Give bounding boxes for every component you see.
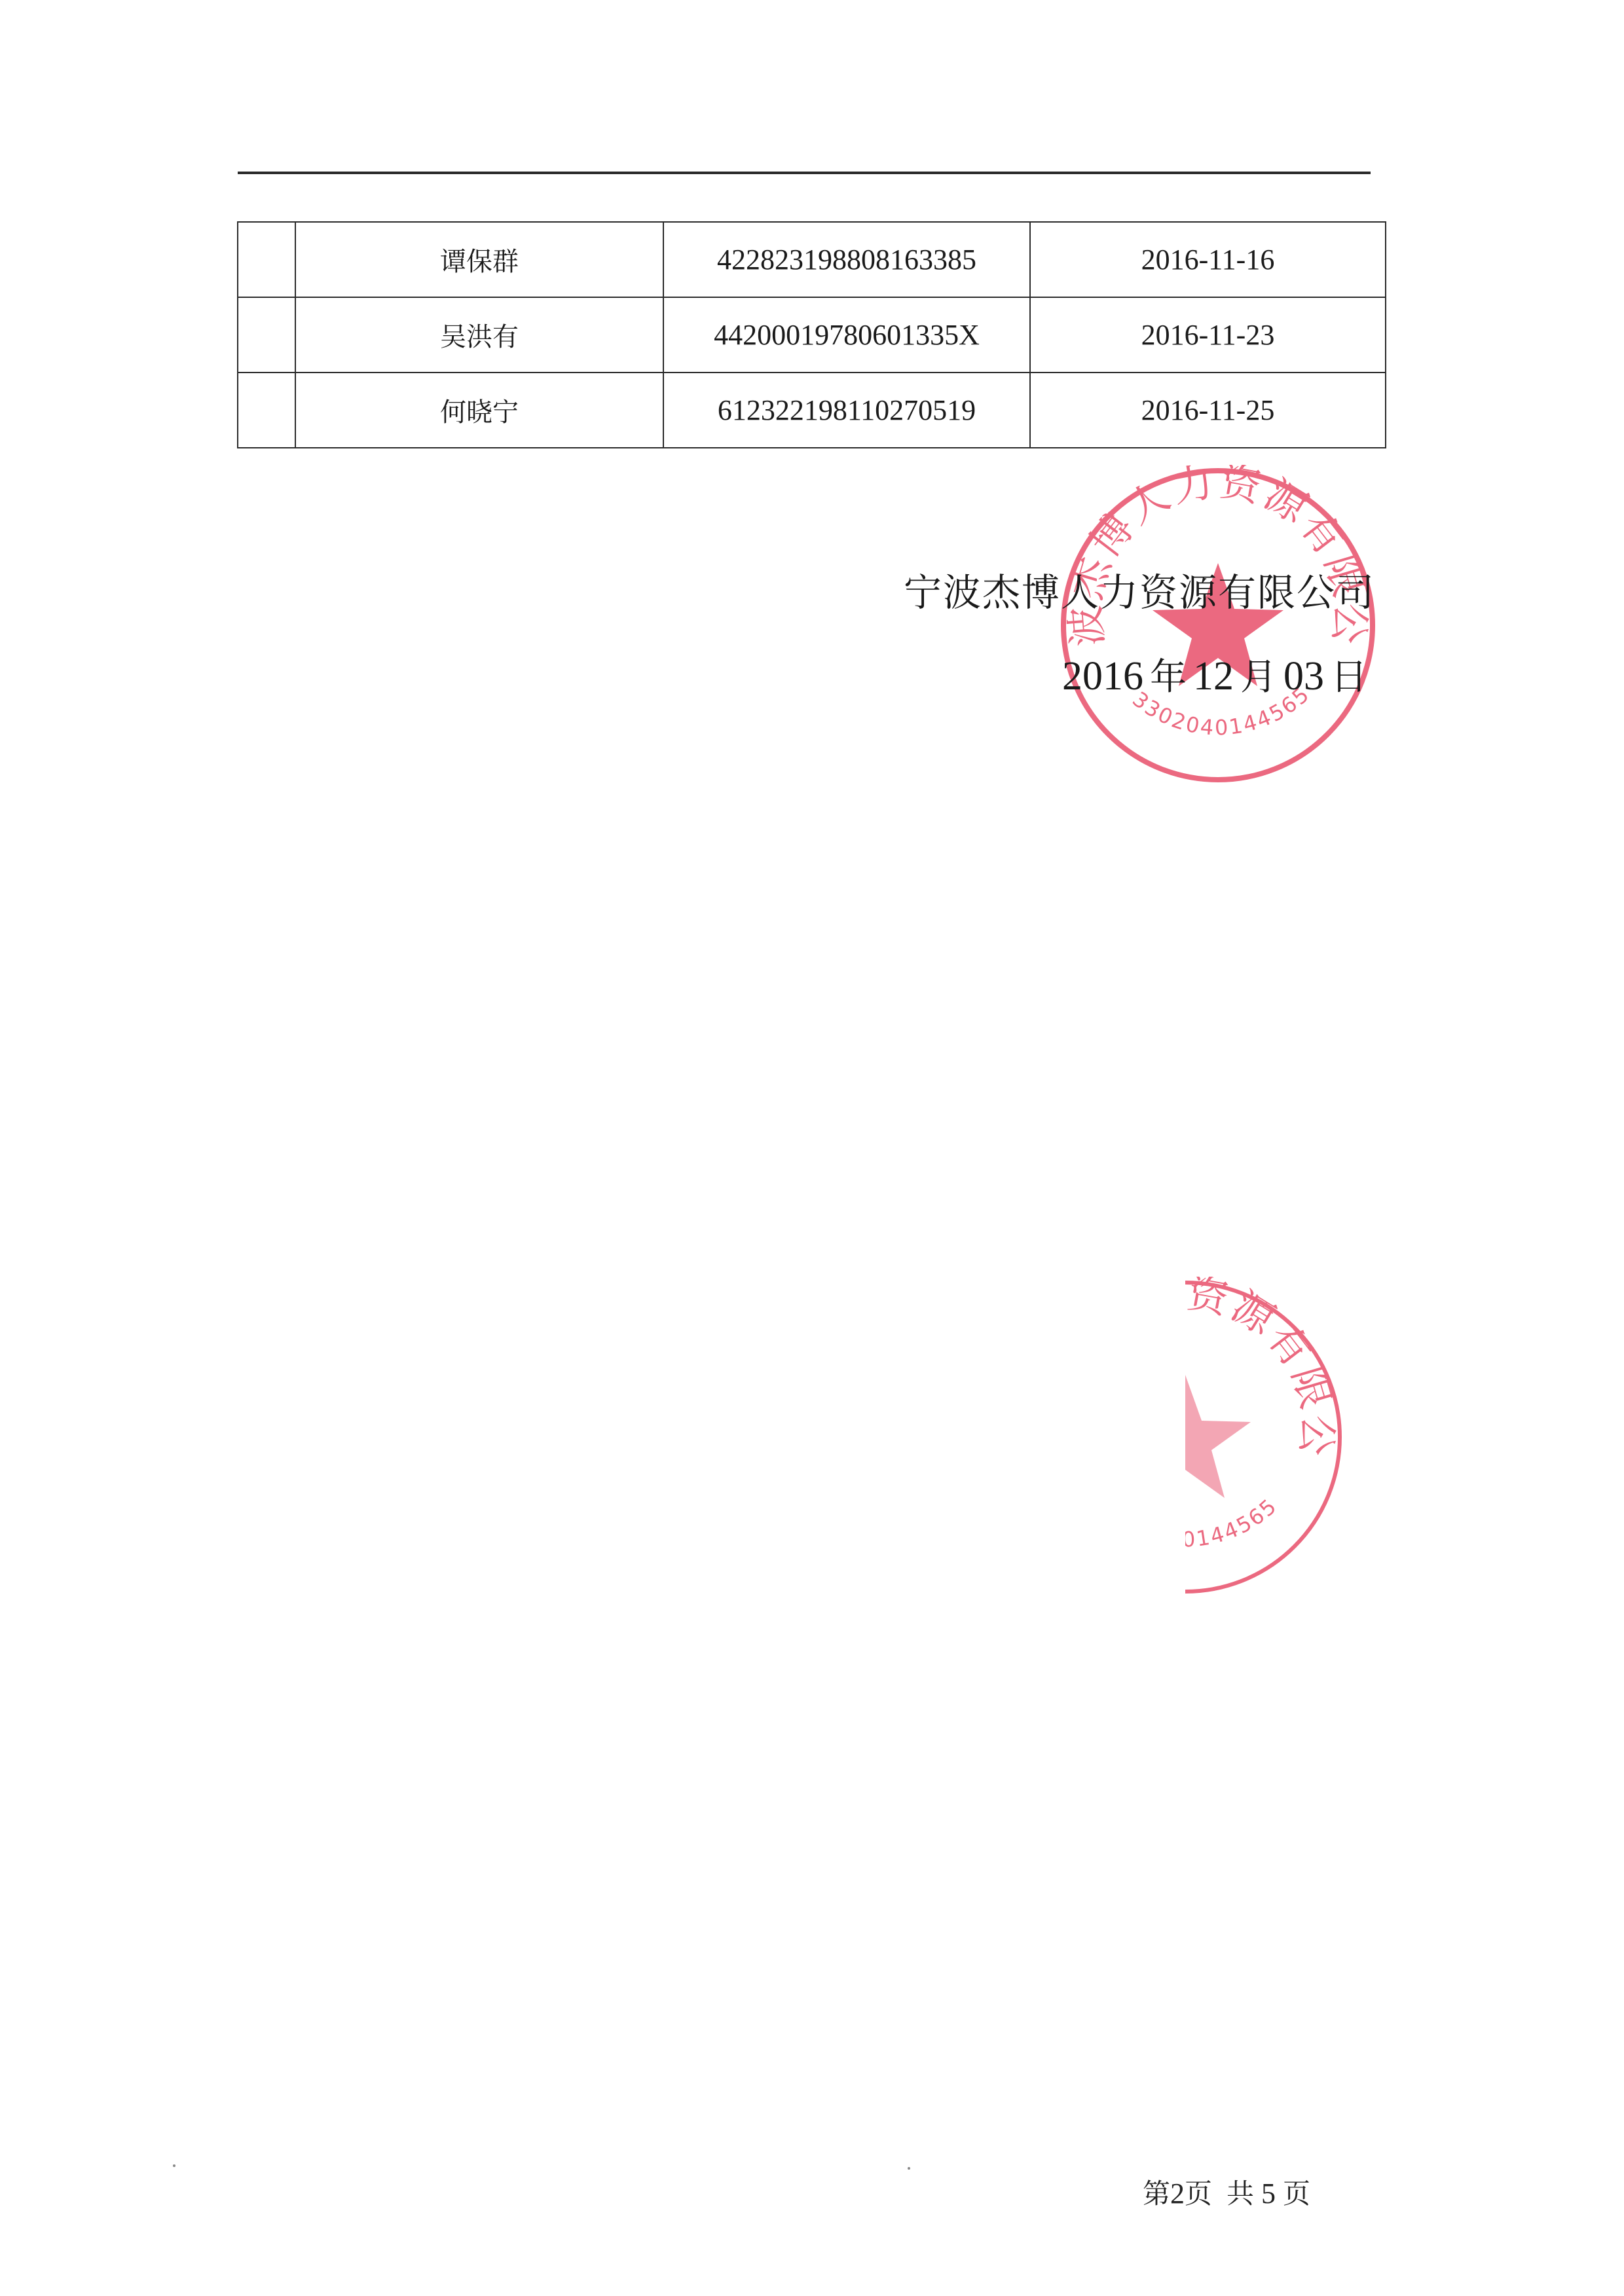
id-number-cell: 612322198110270519 [663, 373, 1030, 448]
row-index-cell [238, 297, 295, 373]
scan-speck [173, 2164, 175, 2167]
page-unit: 页 [1185, 2178, 1212, 2210]
name-cell: 吴洪有 [295, 297, 663, 373]
header-rule [238, 172, 1371, 174]
company-name: 宁波杰博人力资源有限公司 [904, 562, 1375, 617]
id-number-cell: 44200019780601335X [663, 297, 1030, 373]
company-seal: 宁波杰博人力资源有限公司 3302040144565 [1058, 465, 1378, 786]
date-year-unit: 年 [1150, 656, 1187, 699]
row-index-cell [238, 373, 295, 448]
page-prefix: 第 [1143, 2178, 1170, 2210]
date-month: 12 [1193, 654, 1234, 699]
date-cell: 2016-11-25 [1030, 373, 1386, 448]
date-day-unit: 日 [1331, 656, 1367, 699]
page-footer: 第2页 共 5 页 [1143, 2172, 1310, 2212]
date-year: 2016 [1062, 654, 1143, 699]
total-prefix: 共 [1227, 2178, 1254, 2210]
seal-star-icon [1120, 1375, 1251, 1498]
table-row: 何晓宁 612322198110270519 2016-11-25 [238, 373, 1386, 448]
table-row: 吴洪有 44200019780601335X 2016-11-23 [238, 297, 1386, 373]
date-cell: 2016-11-23 [1030, 297, 1386, 373]
cross-page-seal: 宁波杰博人力资源有限公司 3302040144565 [1025, 1277, 1346, 1597]
signature-date: 2016年12月03日 [1062, 648, 1374, 701]
svg-text:宁波杰博人力资源有限公司: 宁波杰博人力资源有限公司 [1025, 1277, 1342, 1460]
scan-speck [908, 2167, 910, 2170]
seal-number-text: 3302040144565 [1095, 1493, 1282, 1552]
page-current: 2 [1170, 2178, 1185, 2210]
table-row: 谭保群 422823198808163385 2016-11-16 [238, 222, 1386, 297]
date-day: 03 [1283, 654, 1324, 699]
roster-table: 谭保群 422823198808163385 2016-11-16 吴洪有 44… [237, 221, 1386, 448]
total-unit: 页 [1283, 2178, 1310, 2210]
date-month-unit: 月 [1240, 656, 1277, 699]
date-cell: 2016-11-16 [1030, 222, 1386, 297]
seal-company-text: 宁波杰博人力资源有限公司 [1025, 1277, 1342, 1460]
page-total: 5 [1261, 2178, 1276, 2210]
name-cell: 谭保群 [295, 222, 663, 297]
row-index-cell [238, 222, 295, 297]
svg-text:3302040144565: 3302040144565 [1095, 1493, 1282, 1552]
id-number-cell: 422823198808163385 [663, 222, 1030, 297]
name-cell: 何晓宁 [295, 373, 663, 448]
